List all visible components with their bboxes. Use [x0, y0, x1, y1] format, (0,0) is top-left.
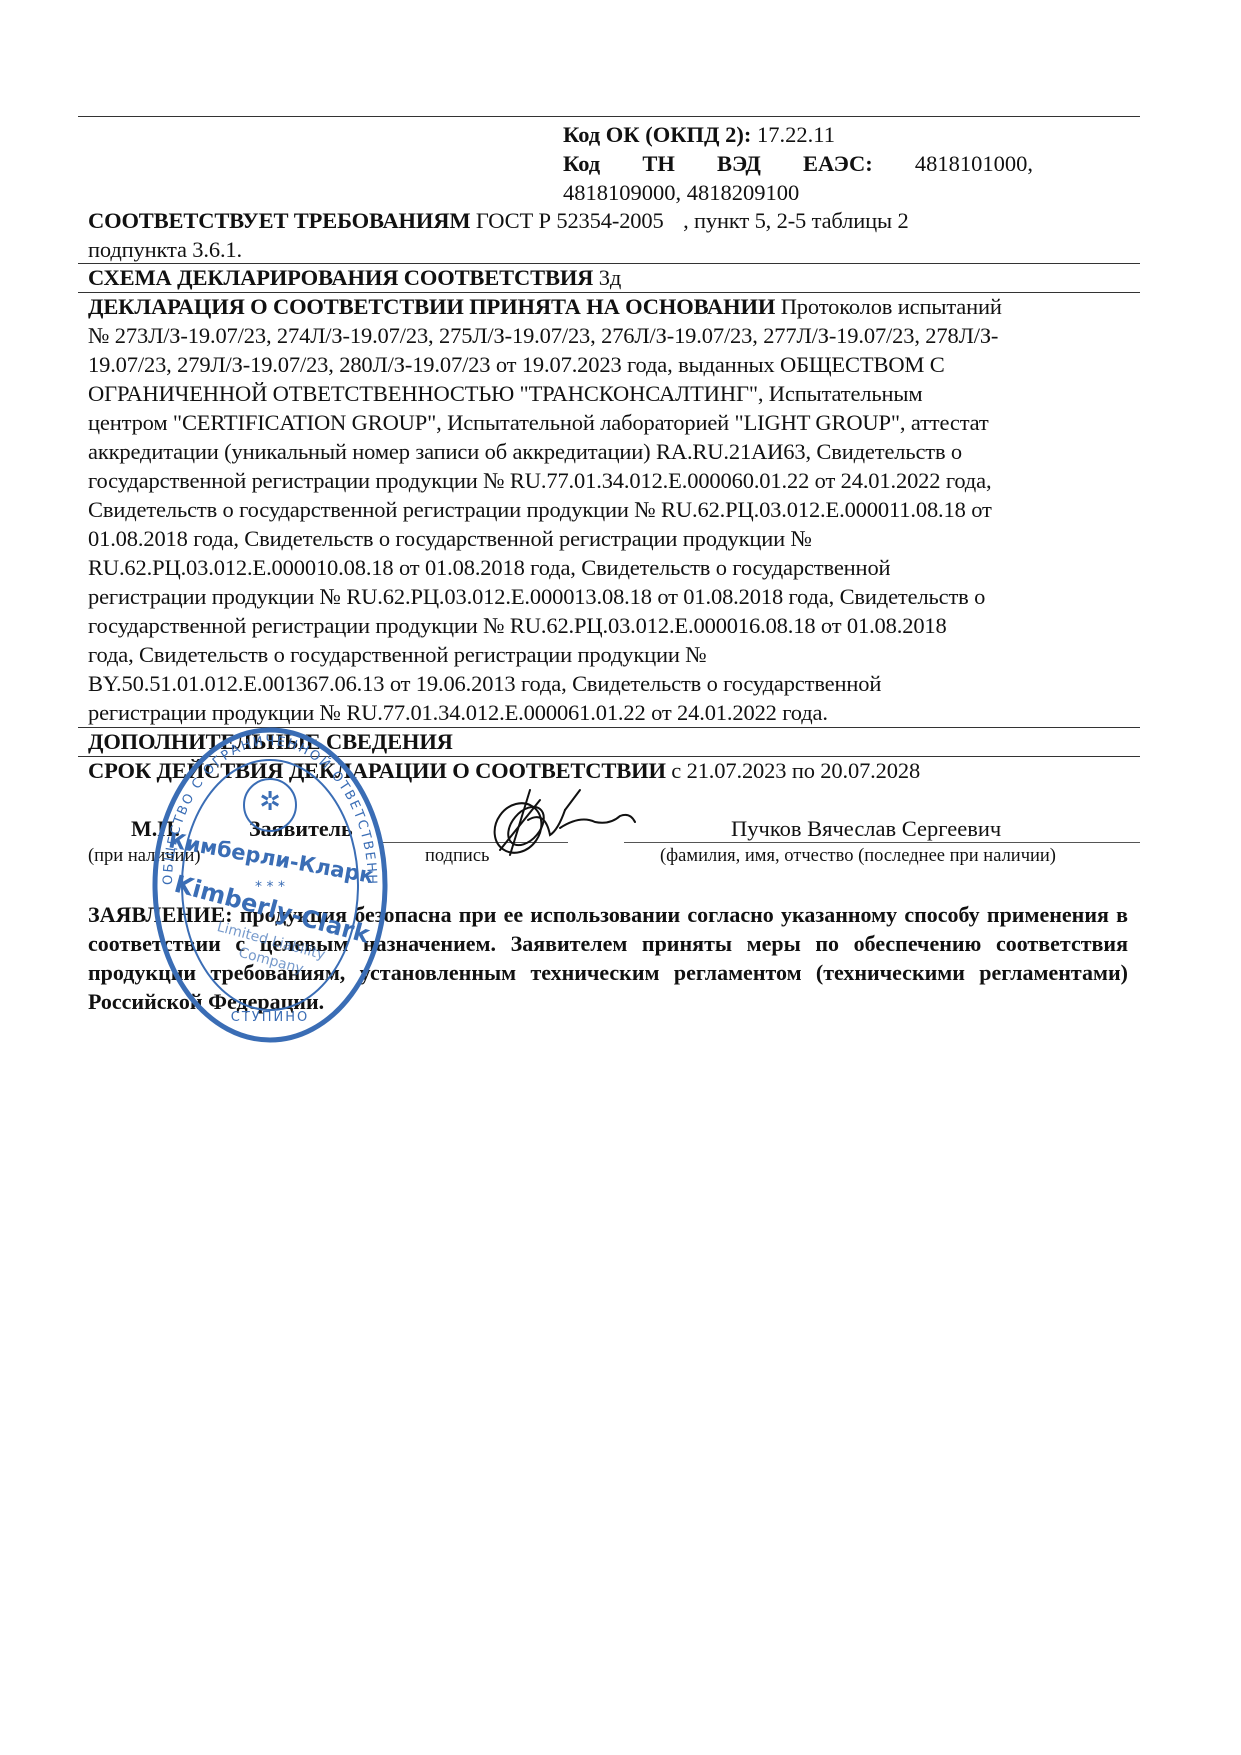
basis-text-line: RU.62.РЦ.03.012.Е.000010.08.18 от 01.08.…	[88, 553, 890, 582]
statement-text: продукция безопасна при ее использовании…	[88, 902, 1128, 1014]
mp-caption: (при наличии)	[88, 846, 201, 867]
conformity-line-2: подпункта 3.6.1.	[88, 235, 242, 264]
basis-text-line: 01.08.2018 года, Свидетельств о государс…	[88, 524, 812, 553]
tn-ved-label-3: ВЭД	[717, 149, 761, 178]
svg-text:✲: ✲	[259, 787, 281, 817]
conformity-standard: ГОСТ Р 52354-2005	[476, 208, 664, 233]
mp-label: М.П.	[131, 816, 180, 842]
basis-text-line: года, Свидетельств о государственной рег…	[88, 640, 707, 669]
name-line	[624, 842, 1140, 843]
signer-name: Пучков Вячеслав Сергеевич	[731, 816, 1001, 842]
okpd-code-line: Код ОК (ОКПД 2): 17.22.11	[563, 120, 835, 149]
basis-text-line: регистрации продукции № RU.77.01.34.012.…	[88, 698, 828, 727]
declaration-page: Код ОК (ОКПД 2): 17.22.11 Код ТН ВЭД ЕАЭ…	[0, 0, 1241, 1755]
basis-text-line: центром "CERTIFICATION GROUP", Испытател…	[88, 408, 989, 437]
basis-text-line: государственной регистрации продукции № …	[88, 466, 991, 495]
tn-ved-label-1: Код	[563, 149, 600, 178]
basis-text-line: аккредитации (уникальный номер записи об…	[88, 437, 962, 466]
okpd-value: 17.22.11	[757, 122, 835, 147]
validity-line: СРОК ДЕЙСТВИЯ ДЕКЛАРАЦИИ О СООТВЕТСТВИИ …	[88, 756, 920, 785]
signature-line	[378, 842, 568, 843]
basis-first-text: Протоколов испытаний	[781, 294, 1002, 319]
basis-text-line: № 273Л/З-19.07/23, 274Л/З-19.07/23, 275Л…	[88, 321, 998, 350]
handwritten-signature-icon	[470, 780, 650, 860]
basis-text-line: BY.50.51.01.012.E.001367.06.13 от 19.06.…	[88, 669, 881, 698]
tn-ved-line: Код ТН ВЭД ЕАЭС: 4818101000,	[563, 149, 1033, 178]
additional-info-heading: ДОПОЛНИТЕЛЬНЫЕ СВЕДЕНИЯ	[88, 727, 453, 756]
scheme-value: 3д	[599, 265, 621, 290]
conformity-clause: , пункт 5, 2-5 таблицы 2	[683, 208, 908, 233]
tn-ved-label-4: ЕАЭС:	[803, 149, 873, 178]
statement-label: ЗАЯВЛЕНИЕ:	[88, 902, 233, 927]
applicant-label: Заявитель	[249, 816, 353, 842]
tn-ved-label-2: ТН	[642, 149, 675, 178]
tn-ved-value-2: 4818109000, 4818209100	[563, 178, 799, 207]
basis-heading-line: ДЕКЛАРАЦИЯ О СООТВЕТСТВИИ ПРИНЯТА НА ОСН…	[88, 292, 1002, 321]
basis-text-line: регистрации продукции № RU.62.РЦ.03.012.…	[88, 582, 985, 611]
conformity-label: СООТВЕТСТВУЕТ ТРЕБОВАНИЯМ	[88, 208, 470, 233]
scheme-line: СХЕМА ДЕКЛАРИРОВАНИЯ СООТВЕТСТВИЯ 3д	[88, 263, 621, 292]
basis-label: ДЕКЛАРАЦИЯ О СООТВЕТСТВИИ ПРИНЯТА НА ОСН…	[88, 294, 775, 319]
statement-paragraph: ЗАЯВЛЕНИЕ: продукция безопасна при ее ис…	[88, 900, 1128, 1016]
validity-label: СРОК ДЕЙСТВИЯ ДЕКЛАРАЦИИ О СООТВЕТСТВИИ	[88, 758, 666, 783]
okpd-label: Код ОК (ОКПД 2):	[563, 122, 751, 147]
signature-caption: подпись	[425, 846, 489, 867]
tn-ved-value-1: 4818101000,	[915, 149, 1033, 178]
basis-text-line: 19.07/23, 279Л/З-19.07/23, 280Л/З-19.07/…	[88, 350, 945, 379]
basis-text-line: ОГРАНИЧЕННОЙ ОТВЕТСТВЕННОСТЬЮ "ТРАНСКОНС…	[88, 379, 922, 408]
basis-text-line: Свидетельств о государственной регистрац…	[88, 495, 992, 524]
top-rule	[78, 116, 1140, 117]
basis-text-line: государственной регистрации продукции № …	[88, 611, 947, 640]
svg-text:* * *: * * *	[255, 879, 285, 895]
conformity-line: СООТВЕТСТВУЕТ ТРЕБОВАНИЯМ ГОСТ Р 52354-2…	[88, 206, 909, 235]
name-caption: (фамилия, имя, отчество (последнее при н…	[660, 846, 1056, 867]
scheme-label: СХЕМА ДЕКЛАРИРОВАНИЯ СООТВЕТСТВИЯ	[88, 265, 593, 290]
validity-value: с 21.07.2023 по 20.07.2028	[671, 758, 920, 783]
